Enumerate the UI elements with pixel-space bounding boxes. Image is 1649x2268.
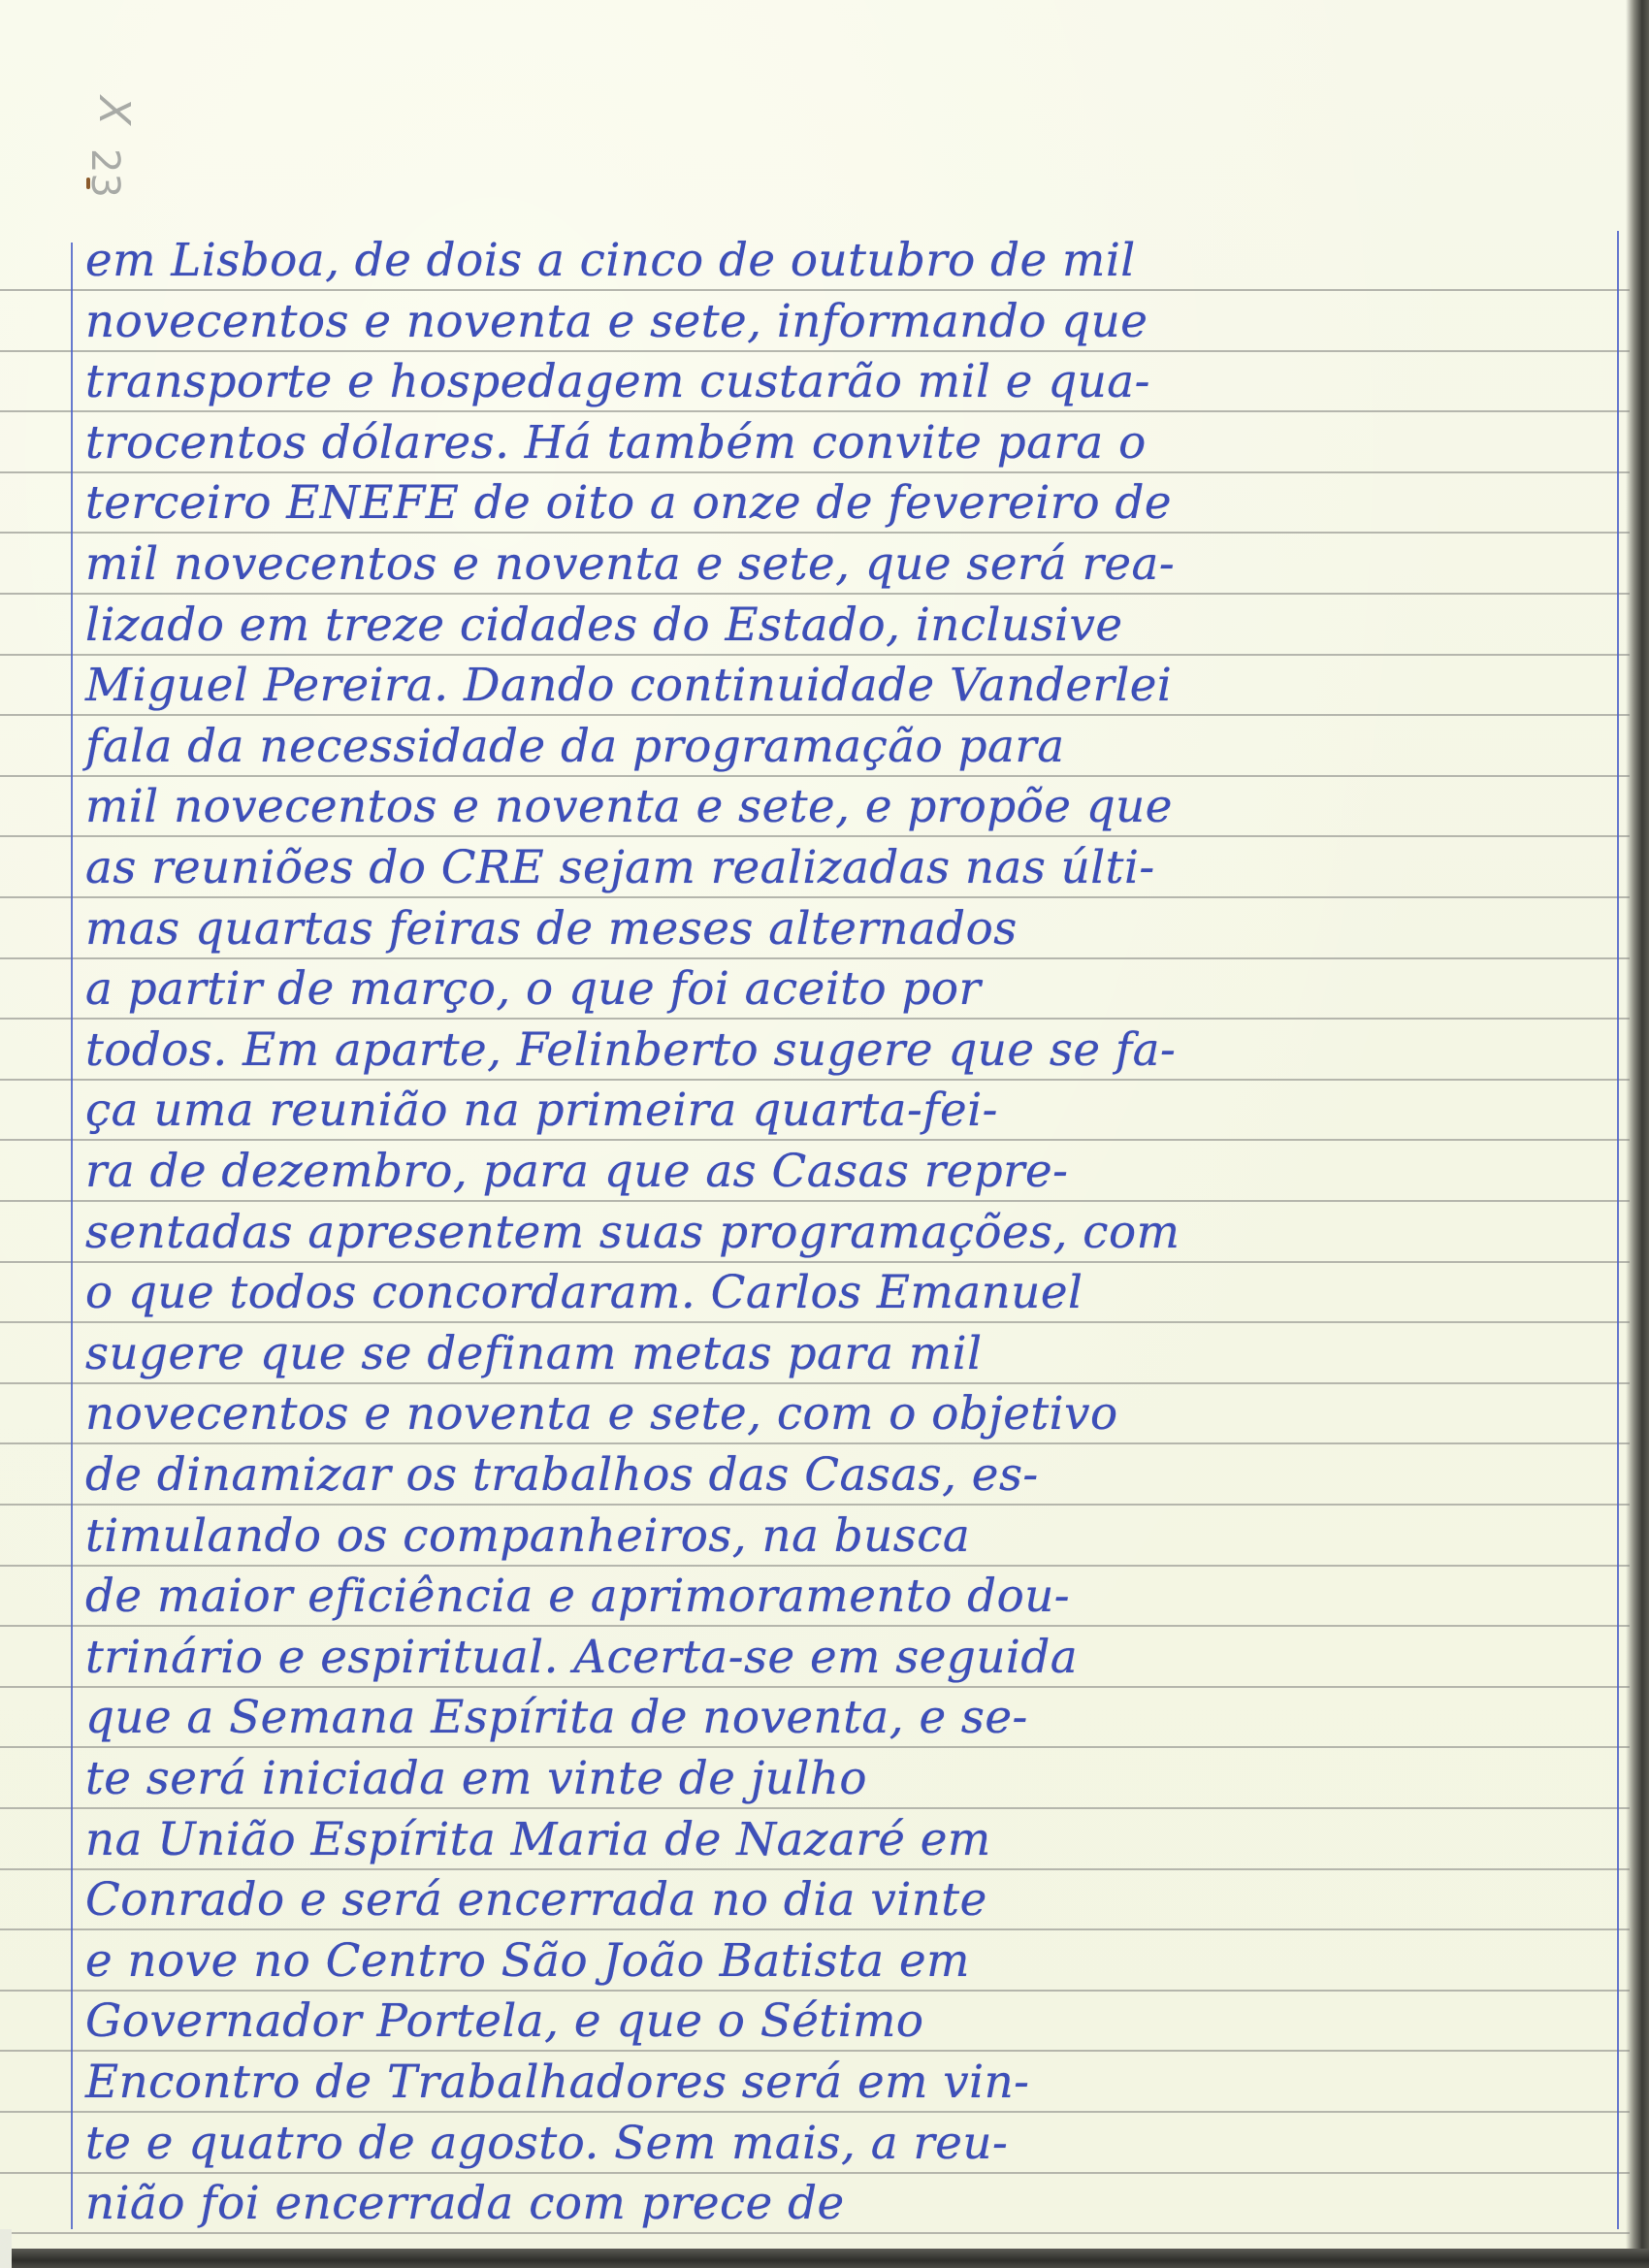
handwritten-line: fala da necessidade da programação para — [85, 719, 1600, 780]
ink-spot — [86, 178, 90, 189]
scanner-corner — [0, 2229, 12, 2268]
handwritten-line: que a Semana Espírita de noventa, e se- — [85, 1690, 1600, 1751]
handwritten-line: sugere que se definam metas para mil — [85, 1326, 1600, 1387]
handwritten-line: novecentos e noventa e sete, com o objet… — [85, 1386, 1600, 1447]
handwritten-line: Encontro de Trabalhadores será em vin- — [85, 2055, 1600, 2116]
handwritten-line: na União Espírita Maria de Nazaré em — [85, 1812, 1600, 1873]
handwritten-line: de dinamizar os trabalhos das Casas, es- — [85, 1447, 1600, 1508]
handwritten-line: mil novecentos e noventa e sete, e propõ… — [85, 779, 1600, 840]
handwritten-line: trinário e espiritual. Acerta-se em segu… — [85, 1630, 1600, 1691]
left-margin-line — [71, 243, 73, 2229]
handwritten-line: em Lisboa, de dois a cinco de outubro de… — [85, 233, 1600, 294]
page-number-mark: X 23 — [32, 92, 148, 160]
handwritten-line: te será iniciada em vinte de julho — [85, 1751, 1600, 1812]
handwritten-line: timulando os companheiros, na busca — [85, 1508, 1600, 1570]
handwritten-line: terceiro ENEFE de oito a onze de feverei… — [85, 475, 1600, 536]
handwritten-line: ça uma reunião na primeira quarta-fei- — [85, 1083, 1600, 1144]
page-number: 23 — [82, 148, 127, 198]
right-margin-line — [1617, 231, 1619, 2229]
handwritten-line: nião foi encerrada com prece de — [85, 2176, 1600, 2237]
handwritten-line: sentadas apresentem suas programações, c… — [85, 1205, 1600, 1266]
handwritten-line: Governador Portela, e que o Sétimo — [85, 1993, 1600, 2055]
handwritten-line: transporte e hospedagem custarão mil e q… — [85, 354, 1600, 415]
handwritten-line: e nove no Centro São João Batista em — [85, 1933, 1600, 1994]
handwritten-line: o que todos concordaram. Carlos Emanuel — [85, 1265, 1600, 1326]
handwritten-line: de maior eficiência e aprimoramento dou- — [85, 1569, 1600, 1630]
handwritten-line: ra de dezembro, para que as Casas repre- — [85, 1144, 1600, 1205]
handwritten-line: mas quartas feiras de meses alternados — [85, 901, 1600, 962]
handwritten-line: te e quatro de agosto. Sem mais, a reu- — [85, 2116, 1600, 2177]
handwritten-line: lizado em treze cidades do Estado, inclu… — [85, 598, 1600, 659]
scanner-edge-right — [1626, 0, 1649, 2268]
handwritten-line: a partir de março, o que foi aceito por — [85, 961, 1600, 1022]
handwritten-line: trocentos dólares. Há também convite par… — [85, 415, 1600, 476]
document-page: X 23 em Lisboa, de dois a cinco de outub… — [0, 0, 1649, 2268]
handwritten-line: Conrado e será encerrada no dia vinte — [85, 1872, 1600, 1933]
scanner-edge-bottom — [10, 2249, 1649, 2268]
handwritten-line: as reuniões do CRE sejam realizadas nas … — [85, 840, 1600, 901]
pencil-x-mark: X — [89, 96, 139, 123]
handwritten-line: Miguel Pereira. Dando continuidade Vande… — [85, 658, 1600, 719]
handwritten-line: novecentos e noventa e sete, informando … — [85, 294, 1600, 355]
handwritten-line: mil novecentos e noventa e sete, que ser… — [85, 536, 1600, 598]
handwritten-line: todos. Em aparte, Felinberto sugere que … — [85, 1022, 1600, 1084]
